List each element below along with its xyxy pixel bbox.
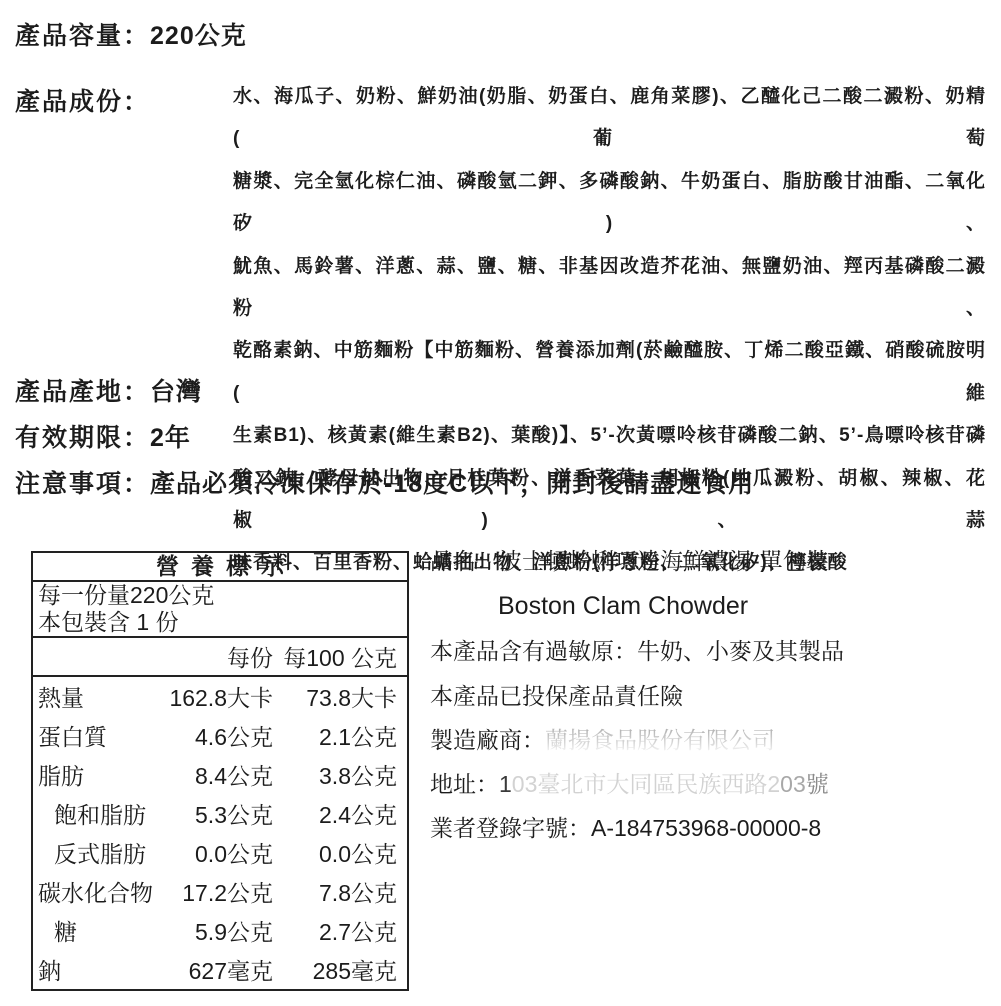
- address-faded: 03臺北市大同區民族西路2: [512, 769, 780, 799]
- product-name-value: 波士頓蛤蜊巧達海鮮濃湯-單包裝: [499, 546, 829, 576]
- table-row: 糖 5.9公克 2.7公克: [33, 911, 407, 950]
- address-label: 地址：: [430, 769, 499, 799]
- origin-value: 台灣: [150, 372, 202, 408]
- shelf-life-row: 有效期限： 2年: [15, 418, 191, 454]
- manufacturer-label: 製造廠商：: [430, 725, 545, 755]
- manufacturer-row: 製造廠商： 蘭揚食品股份有限公司: [430, 725, 775, 755]
- manufacturer-value-faded: 蘭揚食品股份有限公司: [545, 725, 775, 755]
- nutrition-title: 營養標示: [33, 553, 407, 582]
- nutrient-label: 碳水化合物: [33, 875, 163, 908]
- ingredients-line: 生素B1)、核黃素(維生素B2)、葉酸)】、5’-次黃嘌呤核苷磷酸二鈉、5’-鳥…: [233, 415, 986, 457]
- ingredients-line: 水、海瓜子、奶粉、鮮奶油(奶脂、奶蛋白、鹿角菜膠)、乙醯化己二酸二澱粉、奶精(葡…: [233, 76, 986, 161]
- address-prefix: 1: [499, 769, 512, 799]
- nutrient-label: 熱量: [33, 680, 163, 713]
- column-header-per-100g: 每100 公克: [273, 640, 397, 673]
- nutrition-table: 營養標示 每一份量220公克 本包裝含 1 份 每份 每100 公克 熱量 16…: [31, 551, 409, 991]
- nutrient-per-serving: 0.0公克: [163, 836, 273, 869]
- nutrient-label: 鈉: [33, 953, 163, 986]
- ingredients-row: 產品成份：: [15, 82, 150, 118]
- nutrient-label: 脂肪: [33, 758, 163, 791]
- product-name-label: 品名：: [430, 546, 499, 576]
- nutrient-label: 糖: [33, 914, 163, 947]
- table-row: 蛋白質 4.6公克 2.1公克: [33, 716, 407, 755]
- registration-row: 業者登錄字號： A-184753968-00000-8: [430, 813, 821, 843]
- table-row: 碳水化合物 17.2公克 7.8公克: [33, 872, 407, 911]
- shelf-life-value: 2年: [150, 418, 191, 454]
- ingredients-label: 產品成份：: [15, 82, 150, 118]
- nutrient-per-100g: 73.8大卡: [273, 680, 397, 713]
- notes-value: 產品必須冷凍保存於-18度C以下，開封後請盡速食用: [150, 464, 754, 500]
- table-row: 脂肪 8.4公克 3.8公克: [33, 755, 407, 794]
- nutrient-label: 飽和脂肪: [33, 797, 163, 830]
- nutrient-label: 蛋白質: [33, 719, 163, 752]
- capacity-label: 產品容量：: [15, 16, 150, 52]
- address-row: 地址： 1 03臺北市大同區民族西路2 03 號: [430, 769, 829, 799]
- allergen-notice: 本產品含有過敏原：牛奶、小麥及其製品: [430, 636, 844, 666]
- nutrient-per-serving: 17.2公克: [163, 875, 273, 908]
- ingredients-line: 乾酪素鈉、中筋麵粉【中筋麵粉、營養添加劑(菸鹼醯胺、丁烯二酸亞鐵、硝酸硫胺明(維: [233, 330, 986, 415]
- ingredients-line: 魷魚、馬鈴薯、洋蔥、蒜、鹽、糖、非基因改造芥花油、無鹽奶油、羥丙基磷酸二澱粉、: [233, 246, 986, 331]
- table-row: 熱量 162.8大卡 73.8大卡: [33, 677, 407, 716]
- registration-label: 業者登錄字號：: [430, 813, 591, 843]
- product-name-english: Boston Clam Chowder: [498, 591, 748, 621]
- nutrition-column-headers: 每份 每100 公克: [33, 638, 407, 677]
- nutrient-per-100g: 2.7公克: [273, 914, 397, 947]
- nutrient-per-100g: 3.8公克: [273, 758, 397, 791]
- nutrient-per-serving: 5.9公克: [163, 914, 273, 947]
- notes-label: 注意事項：: [15, 464, 150, 500]
- nutrient-label: 反式脂肪: [33, 836, 163, 869]
- registration-number: A-184753968-00000-8: [591, 813, 821, 843]
- insurance-notice: 本產品已投保產品責任險: [430, 681, 683, 711]
- table-row: 反式脂肪 0.0公克 0.0公克: [33, 833, 407, 872]
- nutrient-per-100g: 2.1公克: [273, 719, 397, 752]
- serving-size: 每一份量220公克: [38, 582, 407, 609]
- nutrient-per-100g: 7.8公克: [273, 875, 397, 908]
- ingredients-line: 糖漿、完全氫化棕仁油、磷酸氫二鉀、多磷酸鈉、牛奶蛋白、脂肪酸甘油酯、二氧化矽)、: [233, 161, 986, 246]
- origin-row: 產品產地： 台灣: [15, 372, 202, 408]
- nutrient-per-serving: 627毫克: [163, 953, 273, 986]
- origin-label: 產品產地：: [15, 372, 150, 408]
- address-mid: 03: [780, 769, 806, 799]
- nutrition-serving-info: 每一份量220公克 本包裝含 1 份: [33, 582, 407, 638]
- nutrient-per-100g: 285毫克: [273, 953, 397, 986]
- nutrient-per-serving: 4.6公克: [163, 719, 273, 752]
- product-name-row: 品名： 波士頓蛤蜊巧達海鮮濃湯-單包裝: [430, 546, 829, 576]
- nutrient-per-serving: 162.8大卡: [163, 680, 273, 713]
- shelf-life-label: 有效期限：: [15, 418, 150, 454]
- servings-per-package: 本包裝含 1 份: [38, 609, 407, 636]
- column-header-per-serving: 每份: [163, 640, 273, 673]
- nutrient-per-serving: 5.3公克: [163, 797, 273, 830]
- ingredients-text: 水、海瓜子、奶粉、鮮奶油(奶脂、奶蛋白、鹿角菜膠)、乙醯化己二酸二澱粉、奶精(葡…: [233, 76, 986, 585]
- nutrient-per-100g: 0.0公克: [273, 836, 397, 869]
- nutrient-per-serving: 8.4公克: [163, 758, 273, 791]
- table-row: 飽和脂肪 5.3公克 2.4公克: [33, 794, 407, 833]
- capacity-value: 220公克: [150, 16, 247, 52]
- table-row: 鈉 627毫克 285毫克: [33, 950, 407, 989]
- address-suffix: 號: [806, 769, 829, 799]
- product-spec-sheet: 產品容量： 220公克 產品成份： 水、海瓜子、奶粉、鮮奶油(奶脂、奶蛋白、鹿角…: [0, 0, 1001, 1006]
- capacity-row: 產品容量： 220公克: [15, 16, 247, 52]
- notes-row: 注意事項： 產品必須冷凍保存於-18度C以下，開封後請盡速食用: [15, 464, 754, 500]
- nutrient-per-100g: 2.4公克: [273, 797, 397, 830]
